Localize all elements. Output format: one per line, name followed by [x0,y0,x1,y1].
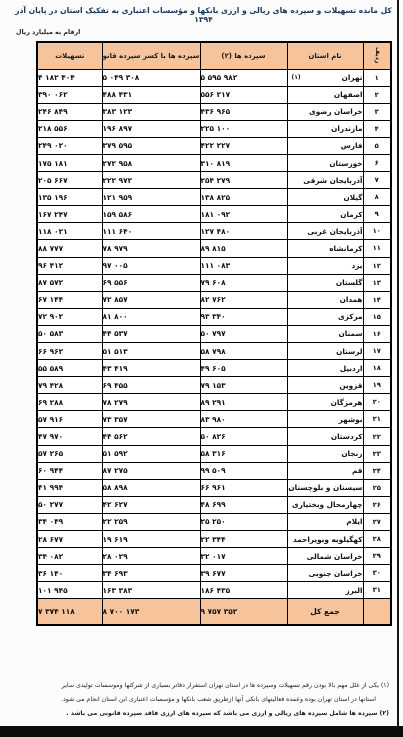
footnote-2: (۲) سپرده ها شامل سپرده های ریالی و ارزی… [6,711,389,718]
table-row: ۷ آذربایجان شرقی ۲۵۴ ۲۷۹ ۲۲۲ ۹۷۲ ۲۰۵ ۶۶۷ [37,172,391,189]
province-cell: قزوین [287,377,363,394]
facilities-value: ۲۴۹ ۰۲۰ [37,137,102,154]
table-row: ۱۹ قزوین ۷۹ ۱۵۳ ۶۹ ۴۵۵ ۷۹ ۴۲۸ [37,377,391,394]
province-cell: کرمان [287,206,363,223]
province-name: سمنان [338,329,362,338]
row-number: ۷ [363,172,391,189]
row-number: ۲۶ [363,496,391,513]
province-cell: لرستان [287,343,363,360]
facilities-value: ۵۷ ۲۶۵ [37,445,102,462]
table-row: ۱۷ لرستان ۵۸ ۷۹۸ ۵۱ ۵۱۳ ۶۶ ۹۶۲ [37,343,391,360]
facilities-value: ۵۷ ۹۱۶ [37,411,102,428]
table-row: ۲۷ ایلام ۲۵ ۲۵۰ ۲۲ ۲۵۹ ۳۴ ۰۴۹ [37,513,391,530]
header-rank-label: ردیف [374,47,380,63]
facilities-value: ۴۱ ۹۹۴ [37,479,102,496]
facilities-value: ۷۲ ۹۰۲ [37,308,102,325]
facilities-value: ۳۴ ۰۸۲ [37,548,102,565]
table-row: ۲ اصفهان ۵۵۶ ۲۱۷ ۴۸۸ ۴۳۱ ۳۹۰ ۰۶۲ [37,86,391,103]
row-number: ۵ [363,137,391,154]
total-net-deposits-value: ۸ ۷۰۰ ۱۷۳ [102,599,200,625]
page-title: کل مانده تسهیلات و سپرده های ریالی و ارز… [14,6,393,24]
facilities-value: ۱۳۵ ۱۹۶ [37,189,102,206]
net-deposits-value: ۱۶۳ ۳۸۳ [102,582,200,599]
facilities-value: ۱۶۷ ۲۴۷ [37,206,102,223]
net-deposits-value: ۱۱۱ ۶۴۰ [102,223,200,240]
total-row: جمع کل ۹ ۷۵۷ ۳۵۲ ۸ ۷۰۰ ۱۷۳ ۷ ۳۷۴ ۱۱۸ [37,599,391,625]
deposits-value: ۵۵۶ ۲۱۷ [200,86,287,103]
table-row: ۱۴ همدان ۸۲ ۷۶۲ ۷۲ ۸۵۷ ۶۷ ۱۴۴ [37,291,391,308]
province-cell: البرز [287,582,363,599]
deposits-value: ۴۸ ۶۹۹ [200,496,287,513]
net-deposits-value: ۴۳ ۴۱۹ [102,360,200,377]
deposits-value: ۳۲ ۰۱۷ [200,548,287,565]
table-body: ۱ تهران (۱) ۵ ۵۹۵ ۹۸۲ ۵ ۰۴۹ ۳۰۸ ۴ ۱۸۲ ۴۰… [37,69,391,599]
deposits-value: ۲۲۵ ۱۰۰ [200,120,287,137]
facilities-value: ۵۵ ۵۸۹ [37,360,102,377]
table-row: ۱۸ اردبیل ۴۹ ۶۰۵ ۴۳ ۴۱۹ ۵۵ ۵۸۹ [37,360,391,377]
row-number: ۳۰ [363,565,391,582]
province-cell: یزد [287,257,363,274]
province-name: قزوین [339,381,362,390]
table-row: ۱۳ گلستان ۷۹ ۶۰۸ ۶۹ ۵۵۶ ۸۷ ۵۷۲ [37,274,391,291]
row-number: ۳ [363,103,391,120]
province-name: ایلام [346,517,362,526]
table-row: ۳۰ خراسان جنوبی ۳۹ ۶۷۷ ۳۴ ۶۹۳ ۳۶ ۱۴۰ [37,565,391,582]
deposits-value: ۷۹ ۶۰۸ [200,274,287,291]
deposits-value: ۷۹ ۱۵۳ [200,377,287,394]
header-facilities: تسهیلات [37,42,102,69]
province-cell: تهران (۱) [287,69,363,86]
province-name: یزد [351,261,362,270]
row-number: ۱۷ [363,343,391,360]
province-cell: ایلام [287,513,363,530]
province-name: خراسان جنوبی [309,569,363,578]
province-cell: چهارمحال وبختیاری [287,496,363,513]
net-deposits-value: ۷۳ ۳۵۷ [102,411,200,428]
province-cell: آذربایجان غربی [287,223,363,240]
net-deposits-value: ۴۲ ۶۲۷ [102,496,200,513]
row-number: ۱۰ [363,223,391,240]
province-deposits-table: ردیف نام استان سپرده ها (۲) سپرده ها با … [36,41,392,626]
province-cell: فارس [287,137,363,154]
facilities-value: ۱۰۱ ۹۴۵ [37,582,102,599]
province-cell: اردبیل [287,360,363,377]
net-deposits-value: ۳۴ ۶۹۳ [102,565,200,582]
facilities-value: ۹۶ ۴۱۲ [37,257,102,274]
net-deposits-value: ۱۵۹ ۵۸۶ [102,206,200,223]
header-deposits: سپرده ها (۲) [200,42,287,69]
deposits-value: ۳۱۰ ۸۱۹ [200,154,287,171]
province-name: خوزستان [329,159,362,168]
province-name: آذربایجان شرقی [303,176,362,185]
province-name: خراسان شمالی [307,552,363,561]
header-net-deposits: سپرده ها با کسر سپرده قانونی [102,42,200,69]
deposits-value: ۵ ۵۹۵ ۹۸۲ [200,69,287,86]
facilities-value: ۶۹ ۲۸۸ [37,394,102,411]
table-row: ۲۸ کهگیلویه وبویراحمد ۲۲ ۳۴۴ ۱۹ ۶۱۹ ۲۸ ۶… [37,531,391,548]
deposits-value: ۴۳۶ ۹۶۵ [200,103,287,120]
facilities-value: ۴۷ ۹۷۰ [37,428,102,445]
row-number: ۲ [363,86,391,103]
province-cell: آذربایجان شرقی [287,172,363,189]
facilities-value: ۲۱۸ ۵۵۶ [37,120,102,137]
table-row: ۱۰ آذربایجان غربی ۱۲۷ ۴۸۰ ۱۱۱ ۶۴۰ ۱۱۸ ۰۲… [37,223,391,240]
table-footer: جمع کل ۹ ۷۵۷ ۳۵۲ ۸ ۷۰۰ ۱۷۳ ۷ ۳۷۴ ۱۱۸ [37,599,391,625]
table-row: ۲۶ چهارمحال وبختیاری ۴۸ ۶۹۹ ۴۲ ۶۲۷ ۵۰ ۲۷… [37,496,391,513]
deposits-value: ۶۶ ۹۶۱ [200,479,287,496]
province-cell: خراسان شمالی [287,548,363,565]
province-name: هرمزگان [331,398,363,407]
table-row: ۵ فارس ۴۲۲ ۲۲۷ ۳۷۹ ۵۹۵ ۲۴۹ ۰۲۰ [37,137,391,154]
facilities-value: ۳۴ ۰۴۹ [37,513,102,530]
net-deposits-value: ۴۴ ۵۶۲ [102,428,200,445]
deposits-value: ۹۹ ۵۰۹ [200,462,287,479]
table-row: ۲۱ بوشهر ۸۳ ۹۸۰ ۷۳ ۳۵۷ ۵۷ ۹۱۶ [37,411,391,428]
row-number: ۸ [363,189,391,206]
province-cell: قم [287,462,363,479]
province-cell: خوزستان [287,154,363,171]
table-row: ۲۳ زنجان ۵۸ ۳۱۶ ۵۱ ۵۹۲ ۵۷ ۲۶۵ [37,445,391,462]
table-row: ۶ خوزستان ۳۱۰ ۸۱۹ ۲۷۲ ۹۵۸ ۱۷۵ ۱۸۱ [37,154,391,171]
province-cell: گلستان [287,274,363,291]
net-deposits-value: ۱۹۶ ۸۹۷ [102,120,200,137]
province-name: همدان [340,295,363,304]
deposits-value: ۵۸ ۳۱۶ [200,445,287,462]
province-cell: سمنان [287,325,363,342]
net-deposits-value: ۴۴ ۵۳۷ [102,325,200,342]
facilities-value: ۳۶ ۱۴۰ [37,565,102,582]
province-cell: کرمانشاه [287,240,363,257]
row-number: ۲۱ [363,411,391,428]
row-number: ۲۳ [363,445,391,462]
deposits-value: ۱۲۷ ۴۸۰ [200,223,287,240]
facilities-value: ۸۷ ۵۷۲ [37,274,102,291]
province-name: البرز [346,586,363,595]
table-row: ۴ مازندران ۲۲۵ ۱۰۰ ۱۹۶ ۸۹۷ ۲۱۸ ۵۵۶ [37,120,391,137]
net-deposits-value: ۲۷۲ ۹۵۸ [102,154,200,171]
row-number: ۲۸ [363,531,391,548]
net-deposits-value: ۷۸ ۲۷۹ [102,394,200,411]
header-rank: ردیف [363,42,391,69]
net-deposits-value: ۲۲ ۲۵۹ [102,513,200,530]
deposits-value: ۱۱۱ ۰۸۳ [200,257,287,274]
table-row: ۳۱ البرز ۱۸۶ ۴۳۵ ۱۶۳ ۳۸۳ ۱۰۱ ۹۴۵ [37,582,391,599]
province-name: گلستان [336,278,363,287]
total-deposits-value: ۹ ۷۵۷ ۳۵۲ [200,599,287,625]
province-name: کهگیلویه وبویراحمد [293,535,363,544]
footnotes-block: (۱) یکی از علل مهم بالا بودن رقم تسهیلات… [6,683,389,724]
net-deposits-value: ۷۲ ۸۵۷ [102,291,200,308]
province-cell: بوشهر [287,411,363,428]
province-name: کرمان [340,210,362,219]
province-cell: کردستان [287,428,363,445]
row-number: ۴ [363,120,391,137]
table-row: ۲۲ کردستان ۵۰ ۸۲۶ ۴۴ ۵۶۲ ۴۷ ۹۷۰ [37,428,391,445]
row-number: ۲۲ [363,428,391,445]
province-name: کرمانشاه [329,244,362,253]
province-cell: مرکزی [287,308,363,325]
facilities-value: ۳۹۰ ۰۶۲ [37,86,102,103]
province-name: سیستان و بلوچستان [288,483,362,492]
total-rank-cell [363,599,391,625]
row-number: ۱۳ [363,274,391,291]
province-cell: سیستان و بلوچستان [287,479,363,496]
table-row: ۲۹ خراسان شمالی ۳۲ ۰۱۷ ۲۸ ۰۲۹ ۳۴ ۰۸۲ [37,548,391,565]
row-number: ۱۸ [363,360,391,377]
deposits-value: ۹۳ ۳۴۰ [200,308,287,325]
province-name: آذربایجان غربی [307,227,362,236]
table-row: ۲۴ قم ۹۹ ۵۰۹ ۸۷ ۲۷۵ ۶۰ ۹۴۴ [37,462,391,479]
table-row: ۱۶ سمنان ۵۰ ۷۹۷ ۴۴ ۵۳۷ ۵۰ ۵۸۳ [37,325,391,342]
row-number: ۹ [363,206,391,223]
row-number: ۳۱ [363,582,391,599]
net-deposits-value: ۵ ۰۴۹ ۳۰۸ [102,69,200,86]
row-number: ۱ [363,69,391,86]
table-row: ۱۲ یزد ۱۱۱ ۰۸۳ ۹۷ ۰۰۵ ۹۶ ۴۱۲ [37,257,391,274]
scan-edge-line [397,0,399,726]
facilities-value: ۲۰۵ ۶۶۷ [37,172,102,189]
deposits-value: ۸۹ ۸۱۵ [200,240,287,257]
header-province: نام استان [287,42,363,69]
net-deposits-value: ۱۲۱ ۹۵۹ [102,189,200,206]
net-deposits-value: ۳۸۳ ۱۲۳ [102,103,200,120]
table-row: ۱ تهران (۱) ۵ ۵۹۵ ۹۸۲ ۵ ۰۴۹ ۳۰۸ ۴ ۱۸۲ ۴۰… [37,69,391,86]
province-name: اصفهان [334,90,363,99]
row-number: ۲۹ [363,548,391,565]
province-cell: هرمزگان [287,394,363,411]
province-name: چهارمحال وبختیاری [292,500,363,509]
net-deposits-value: ۸۷ ۲۷۵ [102,462,200,479]
province-name: بوشهر [339,415,363,424]
scanned-document-page: { "page": { "title": "کل مانده تسهیلات و… [0,0,403,737]
row-number: ۲۴ [363,462,391,479]
unit-note: ارقام به میلیارد ریال [16,29,80,36]
deposits-value: ۸۲ ۷۶۲ [200,291,287,308]
net-deposits-value: ۲۸ ۰۲۹ [102,548,200,565]
facilities-value: ۲۴۶ ۸۴۹ [37,103,102,120]
table-row: ۲۰ هرمزگان ۸۹ ۲۹۱ ۷۸ ۲۷۹ ۶۹ ۲۸۸ [37,394,391,411]
deposits-value: ۸۳ ۹۸۰ [200,411,287,428]
province-name: زنجان [341,449,362,458]
row-number: ۱۹ [363,377,391,394]
facilities-value: ۴ ۱۸۲ ۴۰۴ [37,69,102,86]
province-cell: گیلان [287,189,363,206]
table-row: ۳ خراسان رضوی ۴۳۶ ۹۶۵ ۳۸۳ ۱۲۳ ۲۴۶ ۸۴۹ [37,103,391,120]
deposits-value: ۱۳۸ ۸۲۵ [200,189,287,206]
province-name: لرستان [336,347,362,356]
net-deposits-value: ۵۸ ۸۹۸ [102,479,200,496]
net-deposits-value: ۵۱ ۵۱۳ [102,343,200,360]
facilities-value: ۲۸ ۶۷۷ [37,531,102,548]
net-deposits-value: ۵۱ ۵۹۲ [102,445,200,462]
province-cell: کهگیلویه وبویراحمد [287,531,363,548]
footnote-1-line-1: (۱) یکی از علل مهم بالا بودن رقم تسهیلات… [6,683,389,690]
facilities-value: ۷۹ ۴۲۸ [37,377,102,394]
deposits-value: ۵۰ ۸۲۶ [200,428,287,445]
province-name: مرکزی [338,312,363,321]
province-cell: خراسان رضوی [287,103,363,120]
net-deposits-value: ۳۷۹ ۵۹۵ [102,137,200,154]
table-row: ۱۵ مرکزی ۹۳ ۳۴۰ ۸۱ ۸۰۰ ۷۲ ۹۰۲ [37,308,391,325]
net-deposits-value: ۶۹ ۴۵۵ [102,377,200,394]
deposits-value: ۱۸۶ ۴۳۵ [200,582,287,599]
deposits-value: ۴۲۲ ۲۲۷ [200,137,287,154]
facilities-value: ۶۷ ۱۴۴ [37,291,102,308]
province-name: گیلان [344,193,363,202]
province-cell: همدان [287,291,363,308]
row-number: ۱۲ [363,257,391,274]
deposits-value: ۴۹ ۶۰۵ [200,360,287,377]
net-deposits-value: ۷۸ ۹۷۹ [102,240,200,257]
total-facilities-value: ۷ ۳۷۴ ۱۱۸ [37,599,102,625]
row-number: ۲۰ [363,394,391,411]
deposits-value: ۲۲ ۳۴۴ [200,531,287,548]
province-name: قم [352,466,363,475]
net-deposits-value: ۱۹ ۶۱۹ [102,531,200,548]
row-number: ۶ [363,154,391,171]
facilities-value: ۱۱۸ ۰۲۱ [37,223,102,240]
province-cell: مازندران [287,120,363,137]
province-cell: اصفهان [287,86,363,103]
table-row: ۱۱ کرمانشاه ۸۹ ۸۱۵ ۷۸ ۹۷۹ ۸۸ ۷۷۷ [37,240,391,257]
header-row: ردیف نام استان سپرده ها (۲) سپرده ها با … [37,42,391,69]
province-name: خراسان رضوی [309,107,363,116]
row-number: ۱۱ [363,240,391,257]
net-deposits-value: ۶۹ ۵۵۶ [102,274,200,291]
table-row: ۸ گیلان ۱۳۸ ۸۲۵ ۱۲۱ ۹۵۹ ۱۳۵ ۱۹۶ [37,189,391,206]
facilities-value: ۶۰ ۹۴۴ [37,462,102,479]
table-row: ۲۵ سیستان و بلوچستان ۶۶ ۹۶۱ ۵۸ ۸۹۸ ۴۱ ۹۹… [37,479,391,496]
deposits-value: ۱۸۱ ۰۹۲ [200,206,287,223]
scan-bottom-bar [0,726,403,737]
net-deposits-value: ۸۱ ۸۰۰ [102,308,200,325]
facilities-value: ۱۷۵ ۱۸۱ [37,154,102,171]
footnote-1-line-2: استانها در استان تهران بوده وعمده فعالیت… [6,697,389,704]
facilities-value: ۶۶ ۹۶۲ [37,343,102,360]
province-footnote-marker: (۱) [288,74,301,81]
deposits-value: ۵۸ ۷۹۸ [200,343,287,360]
province-name: فارس [341,141,363,150]
net-deposits-value: ۲۲۲ ۹۷۲ [102,172,200,189]
province-cell: زنجان [287,445,363,462]
net-deposits-value: ۹۷ ۰۰۵ [102,257,200,274]
province-name: مازندران [331,124,362,133]
facilities-value: ۸۸ ۷۷۷ [37,240,102,257]
province-name: کردستان [331,432,363,441]
province-name: اردبیل [340,364,363,373]
row-number: ۲۷ [363,513,391,530]
deposits-value: ۲۵ ۲۵۰ [200,513,287,530]
province-cell: خراسان جنوبی [287,565,363,582]
net-deposits-value: ۴۸۸ ۴۳۱ [102,86,200,103]
row-number: ۱۵ [363,308,391,325]
deposits-value: ۲۵۴ ۲۷۹ [200,172,287,189]
facilities-value: ۵۰ ۲۷۷ [37,496,102,513]
facilities-value: ۵۰ ۵۸۳ [37,325,102,342]
deposits-value: ۳۹ ۶۷۷ [200,565,287,582]
deposits-value: ۵۰ ۷۹۷ [200,325,287,342]
total-label: جمع کل [287,599,363,625]
table-row: ۹ کرمان ۱۸۱ ۰۹۲ ۱۵۹ ۵۸۶ ۱۶۷ ۲۴۷ [37,206,391,223]
row-number: ۲۵ [363,479,391,496]
deposits-value: ۸۹ ۲۹۱ [200,394,287,411]
province-name: تهران [342,73,363,82]
row-number: ۱۶ [363,325,391,342]
table-header: ردیف نام استان سپرده ها (۲) سپرده ها با … [37,42,391,69]
row-number: ۱۴ [363,291,391,308]
